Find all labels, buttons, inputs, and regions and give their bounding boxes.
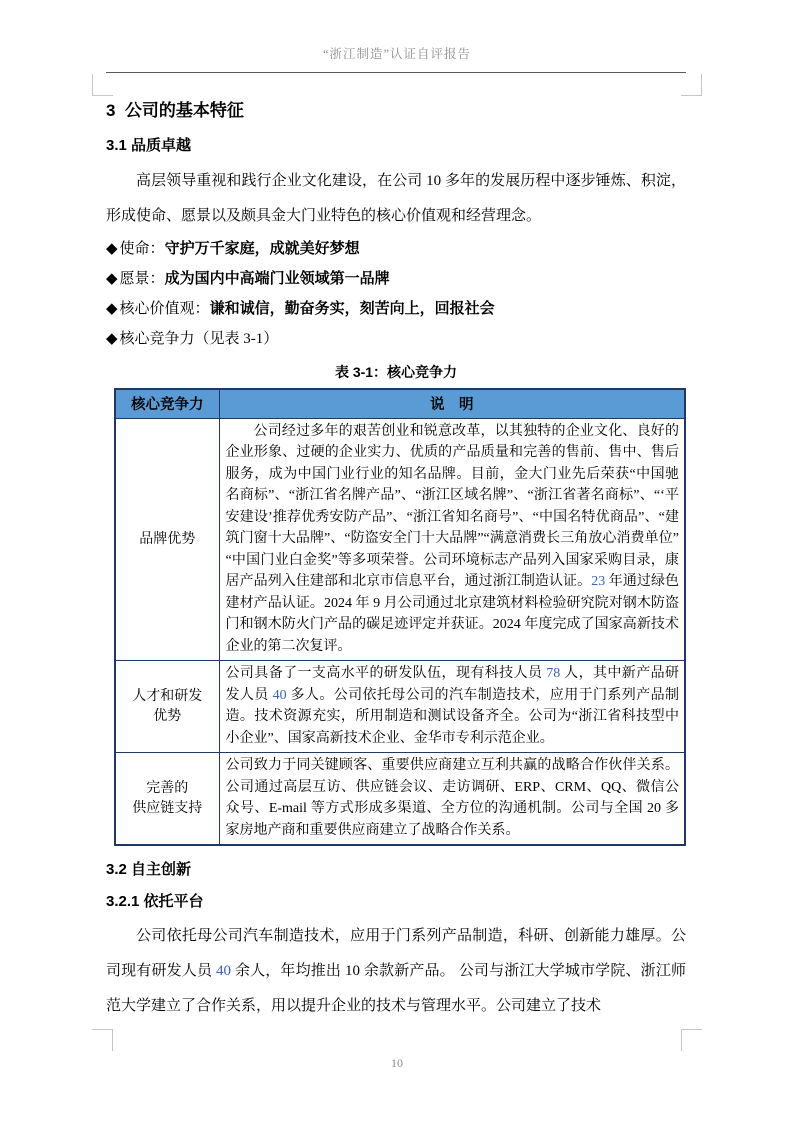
core-competitiveness-table: 核心竞争力 说 明 品牌优势 公司经过多年的艰苦创业和锐意改革，以其独特的企业文…: [114, 388, 686, 847]
bullet-item-core-values: ◆核心价值观：谦和诚信，勤奋务实，刻苦向上，回报社会: [106, 294, 686, 324]
row-content-supply-chain: 公司致力于同关键顾客、重要供应商建立互利共赢的战略合作伙伴关系。公司通过高层互访…: [219, 753, 685, 846]
margin-crop-mark-bottom-right: [681, 1029, 702, 1051]
bullet-value: 谦和诚信，勤奋务实，刻苦向上，回报社会: [210, 300, 495, 317]
row-label-talent: 人才和研发 优势: [115, 661, 219, 753]
closing-paragraph: 公司依托母公司汽车制造技术，应用于门系列产品制造，科研、创新能力雄厚。公司现有研…: [106, 919, 686, 1024]
bullet-label: 核心价值观：: [120, 301, 210, 317]
bullet-label: 核心竞争力（见表 3-1）: [120, 331, 279, 347]
diamond-bullet-icon: ◆: [106, 301, 118, 317]
table-caption: 表 3-1：核心竞争力: [106, 362, 686, 382]
section-heading-3-1: 3.1 品质卓越: [106, 136, 686, 156]
table-row-talent: 人才和研发 优势 公司具备了一支高水平的研发队伍，现有科技人员 78 人，其中新…: [115, 661, 685, 753]
bullet-value: 守护万千家庭，成就美好梦想: [165, 240, 360, 257]
bullet-list: ◆使命：守护万千家庭，成就美好梦想 ◆愿景：成为国内中高端门业领域第一品牌 ◆核…: [106, 234, 686, 354]
table-row-supply-chain: 完善的 供应链支持 公司致力于同关键顾客、重要供应商建立互利共赢的战略合作伙伴关…: [115, 753, 685, 846]
intro-paragraph: 高层领导重视和践行企业文化建设，在公司 10 多年的发展历程中逐步锤炼、积淀，形…: [106, 164, 686, 234]
row-content-brand: 公司经过多年的艰苦创业和锐意改革，以其独特的企业文化、良好的企业形象、过硬的企业…: [219, 418, 685, 661]
table-row-brand: 品牌优势 公司经过多年的艰苦创业和锐意改革，以其独特的企业文化、良好的企业形象、…: [115, 418, 685, 661]
bullet-item-mission: ◆使命：守护万千家庭，成就美好梦想: [106, 234, 686, 264]
diamond-bullet-icon: ◆: [106, 271, 118, 287]
row-content-talent: 公司具备了一支高水平的研发队伍，现有科技人员 78 人，其中新产品研发人员 40…: [219, 661, 685, 753]
section-heading-3: 3 公司的基本特征: [106, 100, 686, 122]
column-header-description: 说 明: [219, 389, 685, 419]
document-body: 3 公司的基本特征 3.1 品质卓越 高层领导重视和践行企业文化建设，在公司 1…: [106, 92, 686, 1024]
row-label-brand: 品牌优势: [115, 418, 219, 661]
diamond-bullet-icon: ◆: [106, 241, 118, 257]
bullet-label: 使命：: [120, 241, 165, 257]
column-header-competitiveness: 核心竞争力: [115, 389, 219, 419]
margin-crop-mark-bottom-left: [92, 1029, 113, 1051]
section-heading-3-2: 3.2 自主创新: [106, 860, 686, 880]
bullet-value: 成为国内中高端门业领域第一品牌: [165, 270, 390, 287]
header-divider: [106, 72, 686, 73]
diamond-bullet-icon: ◆: [106, 331, 118, 347]
page-number: 10: [0, 1056, 794, 1071]
table-header-row: 核心竞争力 说 明: [115, 389, 685, 419]
section-heading-3-2-1: 3.2.1 依托平台: [106, 892, 686, 912]
row-label-supply-chain: 完善的 供应链支持: [115, 753, 219, 846]
document-page: “浙江制造”认证自评报告 3 公司的基本特征 3.1 品质卓越 高层领导重视和践…: [0, 0, 794, 1121]
bullet-label: 愿景：: [120, 271, 165, 287]
running-header-title: “浙江制造”认证自评报告: [0, 44, 794, 62]
bullet-item-vision: ◆愿景：成为国内中高端门业领域第一品牌: [106, 264, 686, 294]
bullet-item-core-competitiveness: ◆核心竞争力（见表 3-1）: [106, 324, 686, 354]
